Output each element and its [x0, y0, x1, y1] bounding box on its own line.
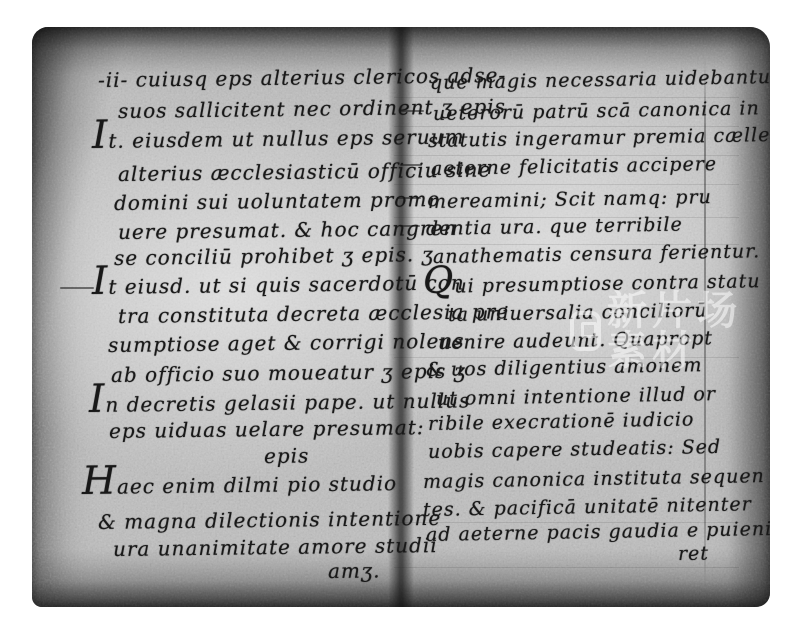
manuscript-line: epis	[264, 443, 310, 468]
margin-dash	[60, 287, 94, 289]
manuscript-line: ta uniuersalia conciliorū	[448, 299, 708, 326]
manuscript-line: se conciliū prohibet ʒ epis. ʒ	[114, 242, 434, 270]
manuscript-line: dentia ura. que terribile	[426, 214, 683, 240]
manuscript-line: uere presumat. & hoc cangren	[118, 216, 457, 244]
manuscript-photo: -ii- cuiusq eps alterius clericos adse- …	[32, 27, 770, 607]
manuscript-photo-page: -ii- cuiusq eps alterius clericos adse- …	[0, 0, 800, 633]
manuscript-line: eps uiduas uelare presumat:	[109, 415, 425, 443]
manuscript-line: & magna dilectionis intentione	[98, 506, 442, 534]
manuscript-line: ret	[678, 542, 709, 565]
manuscript-line: It eiusd. ut si quis sacerdotū con	[92, 269, 465, 299]
manuscript-line: Haec enim dilmi pio studio	[82, 470, 397, 499]
manuscript-line: ura unanimitate amore studii	[113, 533, 438, 561]
manuscript-line: sumptiose aget & corrigi nolens	[108, 329, 465, 357]
ruling-line	[394, 567, 739, 568]
manuscript-line: ribile execrationē iudicio	[428, 408, 695, 435]
ruling-line	[394, 184, 739, 185]
manuscript-line: It. eiusdem ut nullus eps seruum	[92, 123, 465, 153]
manuscript-line: ab officio suo moueatur ʒ epis ʒ	[111, 359, 466, 387]
manuscript-line: domini sui uoluntatem promo	[114, 187, 441, 215]
manuscript-line: In decretis gelasii pape. ut nullus	[89, 387, 471, 417]
manuscript-line: amʒ.	[328, 558, 381, 583]
